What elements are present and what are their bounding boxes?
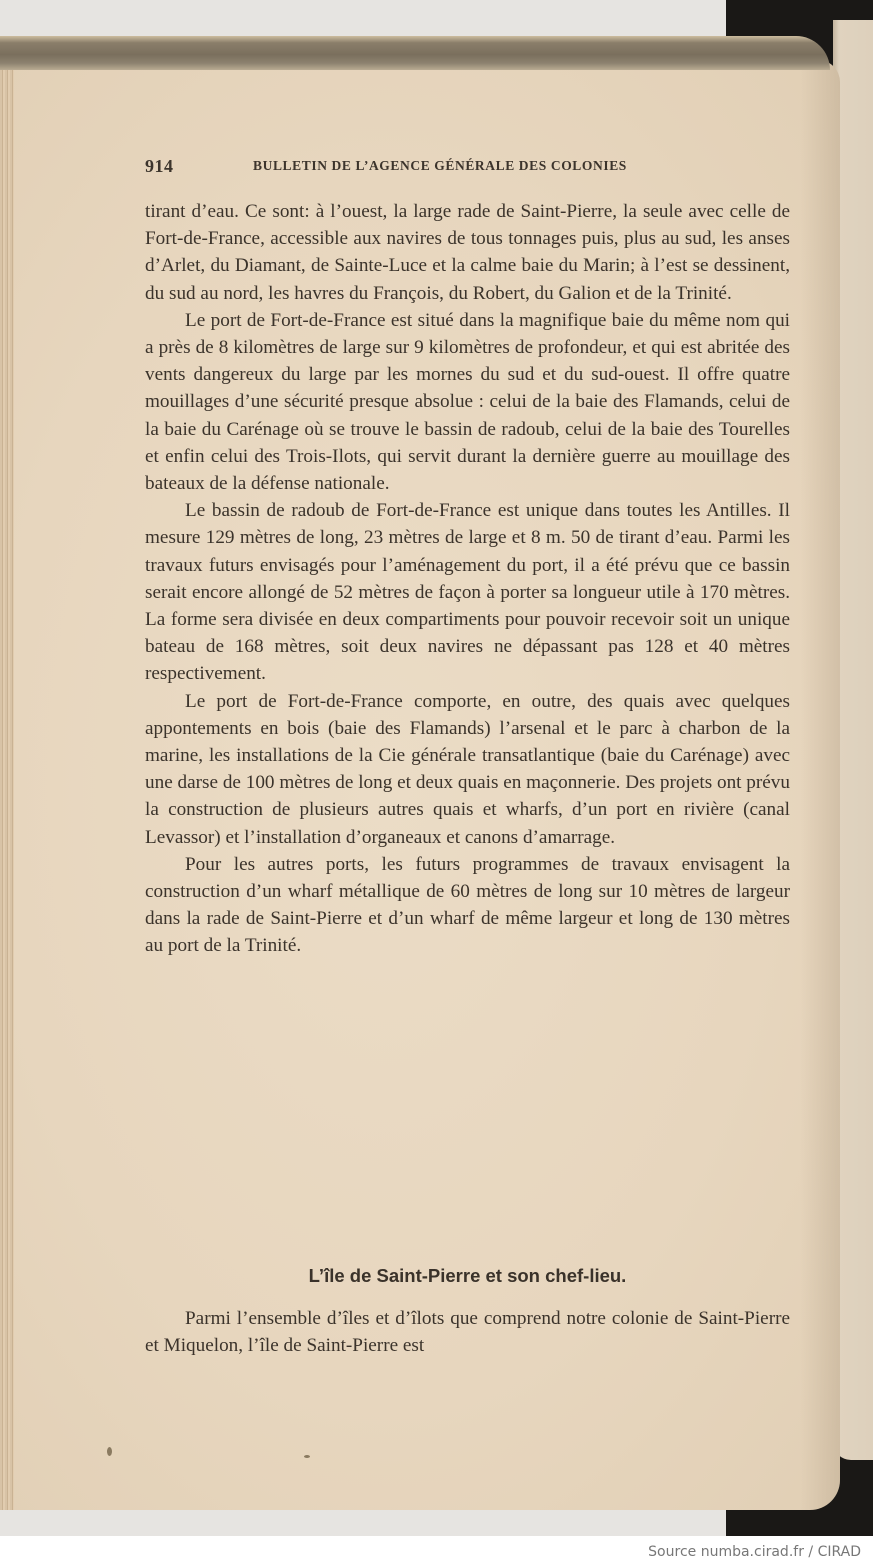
paragraph: Le port de Fort-de-France est situé dans… — [145, 307, 790, 497]
section-heading: L’île de Saint-Pierre et son chef-lieu. — [145, 1265, 790, 1287]
source-credit: Source numba.cirad.fr / CIRAD — [648, 1544, 861, 1560]
paragraph: Le bassin de radoub de Fort-de-France es… — [145, 497, 790, 687]
paragraph: Pour les autres ports, les futurs progra… — [145, 851, 790, 960]
running-title: BULLETIN DE L’AGENCE GÉNÉRALE DES COLONI… — [253, 158, 627, 174]
body-text: tirant d’eau. Ce sont: à l’ouest, la lar… — [145, 198, 790, 960]
page-number: 914 — [145, 156, 174, 177]
paragraph: Le port de Fort-de-France comporte, en o… — [145, 688, 790, 851]
page-stack-edge — [0, 60, 14, 1510]
paper-speck — [107, 1447, 112, 1456]
paragraph: tirant d’eau. Ce sont: à l’ouest, la lar… — [145, 198, 790, 307]
running-head: 914 BULLETIN DE L’AGENCE GÉNÉRALE DES CO… — [145, 156, 795, 178]
book-top-edge — [0, 36, 830, 70]
paper-speck — [304, 1455, 310, 1458]
page-curl-shadow — [800, 60, 840, 1510]
paragraph: Parmi l’ensemble d’îles et d’îlots que c… — [145, 1305, 790, 1359]
section-body: Parmi l’ensemble d’îles et d’îlots que c… — [145, 1305, 790, 1359]
